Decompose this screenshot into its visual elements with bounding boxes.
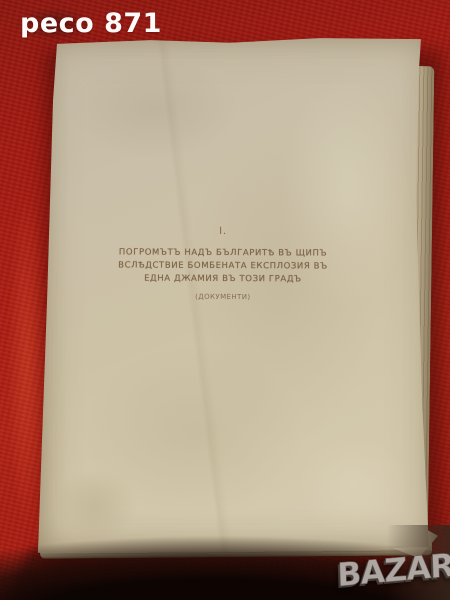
- title-line-3: ЕДНА ДЖАМИЯ ВЪ ТОЗИ ГРАДЪ: [70, 272, 376, 287]
- subtitle-documents: (ДОКУМЕНТИ): [70, 292, 376, 302]
- title-block: I. ПОГРОМЪТЪ НАДЪ БЪЛГАРИТѢ ВЪ ЩИПЪ ВСЛѢ…: [70, 225, 376, 302]
- photo-scene: I. ПОГРОМЪТЪ НАДЪ БЪЛГАРИТѢ ВЪ ЩИПЪ ВСЛѢ…: [0, 0, 450, 600]
- section-numeral: I.: [70, 225, 376, 238]
- seller-username-label: peco 871: [20, 8, 162, 39]
